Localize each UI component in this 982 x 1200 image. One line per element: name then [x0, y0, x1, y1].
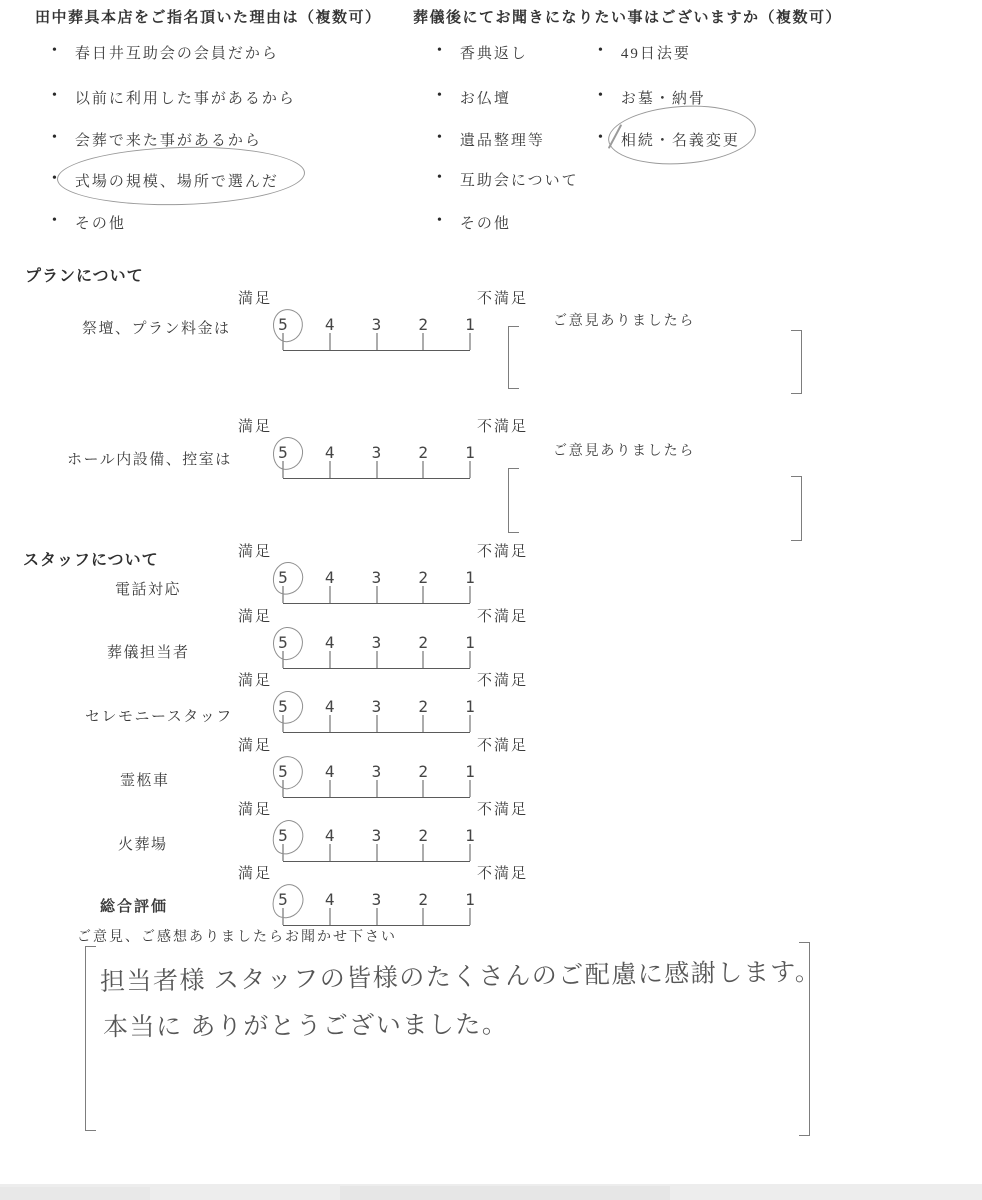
rating-scale-crematorium: 満足 不満足 5 4 3 2 1 — [283, 826, 470, 862]
scale-value-3: 3 — [372, 826, 382, 845]
scale-tick — [423, 333, 424, 350]
service-item: お仏壇 — [437, 87, 511, 108]
reason-item: 春日井互助会の会員だから — [52, 42, 279, 63]
scale-value-1: 1 — [465, 762, 475, 781]
row-label-funeral-director: 葬儀担当者 — [107, 641, 190, 662]
reason-label: 以前に利用した事があるから — [75, 87, 296, 108]
scale-value-4: 4 — [325, 890, 335, 909]
scale-value-2: 2 — [418, 890, 428, 909]
row-label-ceremony-staff: セレモニースタッフ — [85, 705, 233, 726]
service-label: 遺品整理等 — [460, 129, 545, 150]
scale-tick — [376, 586, 377, 603]
scale-value-2: 2 — [418, 697, 428, 716]
scale-tick — [329, 908, 330, 925]
scale-tick — [423, 780, 424, 797]
scale-value-3: 3 — [372, 890, 382, 909]
rating-scale-overall-rating: 満足 不満足 5 4 3 2 1 — [283, 890, 470, 926]
handwritten-comment-line: 担当者様 スタッフの皆様のたくさんのご配慮に感謝します。 — [100, 952, 822, 998]
scale-tick — [329, 715, 330, 732]
reason-selected-circle — [56, 144, 305, 208]
satisfied-label: 満足 — [238, 798, 272, 819]
scale-tick — [376, 461, 377, 478]
scale-value-3: 3 — [372, 568, 382, 587]
scale-value-4: 4 — [325, 762, 335, 781]
selected-rating-circle — [271, 307, 305, 343]
scale-line — [283, 603, 470, 604]
unsatisfied-label: 不満足 — [477, 415, 528, 436]
scale-tick — [423, 908, 424, 925]
row-label-overall-rating: 総合評価 — [100, 895, 168, 916]
scale-value-1: 1 — [465, 697, 475, 716]
scale-tick — [329, 780, 330, 797]
reason-label: 春日井互助会の会員だから — [75, 42, 279, 63]
scale-tick — [470, 586, 471, 603]
scale-value-4: 4 — [325, 697, 335, 716]
comment-bracket-left — [508, 468, 519, 533]
comment-bracket-right — [791, 476, 802, 541]
satisfied-label: 満足 — [238, 862, 272, 883]
reason-item: その他 — [52, 212, 126, 233]
satisfied-label: 満足 — [238, 734, 272, 755]
scale-tick — [470, 908, 471, 925]
selected-rating-circle — [270, 560, 305, 598]
scale-value-2: 2 — [418, 315, 428, 334]
unsatisfied-label: 不満足 — [477, 669, 528, 690]
scale-value-1: 1 — [465, 890, 475, 909]
scale-tick — [470, 780, 471, 797]
scale-value-4: 4 — [325, 443, 335, 462]
satisfied-label: 満足 — [238, 540, 272, 561]
scale-tick — [423, 715, 424, 732]
unsatisfied-label: 不満足 — [477, 798, 528, 819]
service-item: 遺品整理等 — [437, 129, 545, 150]
selected-rating-circle — [272, 436, 304, 471]
scale-value-4: 4 — [325, 826, 335, 845]
ceremony-label: 49日法要 — [621, 42, 691, 63]
scale-value-2: 2 — [418, 443, 428, 462]
row-label-phone-response: 電話対応 — [115, 578, 181, 599]
scale-value-2: 2 — [418, 826, 428, 845]
comment-label: ご意見ありましたら — [553, 310, 695, 330]
scale-value-1: 1 — [465, 826, 475, 845]
service-item: その他 — [437, 212, 511, 233]
comment-label: ご意見ありましたら — [553, 440, 695, 460]
rating-scale-hall-facilities: 満足 不満足 5 4 3 2 1 — [283, 443, 470, 479]
reasons-title: 田中葬具本店をご指名頂いた理由は（複数可） — [35, 6, 382, 27]
scale-value-3: 3 — [372, 697, 382, 716]
comments-prompt: ご意見、ご感想ありましたらお聞かせ下さい — [77, 926, 397, 946]
rating-scale-phone-response: 満足 不満足 5 4 3 2 1 — [283, 568, 470, 604]
reason-item: 以前に利用した事があるから — [52, 87, 296, 108]
rating-scale-altar-plan-fee: 満足 不満足 5 4 3 2 1 — [283, 315, 470, 351]
satisfied-label: 満足 — [238, 669, 272, 690]
scale-tick — [329, 461, 330, 478]
service-item: 互助会について — [437, 169, 579, 190]
scale-line — [283, 861, 470, 862]
scale-tick — [376, 333, 377, 350]
scale-tick — [470, 844, 471, 861]
scale-value-4: 4 — [325, 568, 335, 587]
scale-value-4: 4 — [325, 633, 335, 652]
row-label-hall-facilities: ホール内設備、控室は — [67, 448, 232, 469]
comments-bracket-left — [85, 946, 96, 1131]
service-label: その他 — [460, 212, 511, 233]
scale-tick — [329, 844, 330, 861]
scale-value-1: 1 — [465, 633, 475, 652]
scale-line — [283, 732, 470, 733]
row-label-hearse: 霊柩車 — [120, 769, 170, 790]
after-funeral-title: 葬儀後にてお聞きになりたい事はございますか（複数可） — [413, 6, 842, 27]
service-label: 互助会について — [460, 169, 579, 190]
scale-tick — [470, 715, 471, 732]
satisfied-label: 満足 — [238, 415, 272, 436]
scale-line — [283, 350, 470, 351]
scale-line — [283, 478, 470, 479]
scale-tick — [470, 651, 471, 668]
unsatisfied-label: 不満足 — [477, 540, 528, 561]
scale-value-2: 2 — [418, 568, 428, 587]
selected-rating-circle — [270, 754, 305, 792]
scale-tick — [423, 844, 424, 861]
rating-scale-ceremony-staff: 満足 不満足 5 4 3 2 1 — [283, 697, 470, 733]
scan-edge — [340, 1186, 670, 1200]
scale-tick — [423, 586, 424, 603]
scale-tick — [329, 333, 330, 350]
scale-line — [283, 668, 470, 669]
scanned-survey-form: 田中葬具本店をご指名頂いた理由は（複数可） 葬儀後にてお聞きになりたい事はござい… — [0, 0, 982, 1200]
scan-edge — [0, 1187, 150, 1200]
satisfied-label: 満足 — [238, 605, 272, 626]
service-label: 香典返し — [460, 42, 528, 63]
scale-tick — [423, 461, 424, 478]
unsatisfied-label: 不満足 — [477, 862, 528, 883]
ceremony-selected-circle — [606, 101, 758, 169]
plan-heading: プランについて — [25, 263, 144, 286]
row-label-crematorium: 火葬場 — [118, 833, 168, 854]
row-label-altar-plan-fee: 祭壇、プラン料金は — [82, 317, 231, 338]
service-item: 香典返し — [437, 42, 528, 63]
scale-value-3: 3 — [372, 443, 382, 462]
selected-rating-circle — [271, 690, 304, 726]
scale-value-4: 4 — [325, 315, 335, 334]
comment-bracket-left — [508, 326, 519, 389]
selected-rating-circle — [272, 626, 304, 661]
scale-value-2: 2 — [418, 633, 428, 652]
selected-rating-circle — [268, 880, 307, 923]
selected-rating-circle — [269, 817, 307, 858]
scale-tick — [329, 651, 330, 668]
scale-tick — [376, 651, 377, 668]
scale-value-1: 1 — [465, 568, 475, 587]
scale-tick — [470, 461, 471, 478]
handwritten-comment-line: 本当に ありがとうございました。 — [103, 1005, 509, 1044]
unsatisfied-label: 不満足 — [477, 734, 528, 755]
rating-scale-hearse: 満足 不満足 5 4 3 2 1 — [283, 762, 470, 798]
scale-value-1: 1 — [465, 443, 475, 462]
rating-scale-funeral-director: 満足 不満足 5 4 3 2 1 — [283, 633, 470, 669]
scale-value-2: 2 — [418, 762, 428, 781]
scale-tick — [376, 715, 377, 732]
reason-item: 会葬で来た事があるから — [52, 129, 262, 150]
scale-tick — [329, 586, 330, 603]
satisfied-label: 満足 — [238, 287, 272, 308]
comment-bracket-right — [791, 330, 802, 394]
scale-tick — [376, 908, 377, 925]
scale-value-1: 1 — [465, 315, 475, 334]
scale-tick — [423, 651, 424, 668]
ceremony-item: 49日法要 — [598, 42, 691, 63]
reason-label: その他 — [75, 212, 126, 233]
scale-value-3: 3 — [372, 633, 382, 652]
scale-line — [283, 797, 470, 798]
unsatisfied-label: 不満足 — [477, 605, 528, 626]
staff-heading: スタッフについて — [23, 547, 159, 570]
scale-tick — [376, 780, 377, 797]
scale-tick — [470, 333, 471, 350]
scale-value-3: 3 — [372, 315, 382, 334]
scale-tick — [376, 844, 377, 861]
unsatisfied-label: 不満足 — [477, 287, 528, 308]
service-label: お仏壇 — [460, 87, 511, 108]
scale-value-3: 3 — [372, 762, 382, 781]
